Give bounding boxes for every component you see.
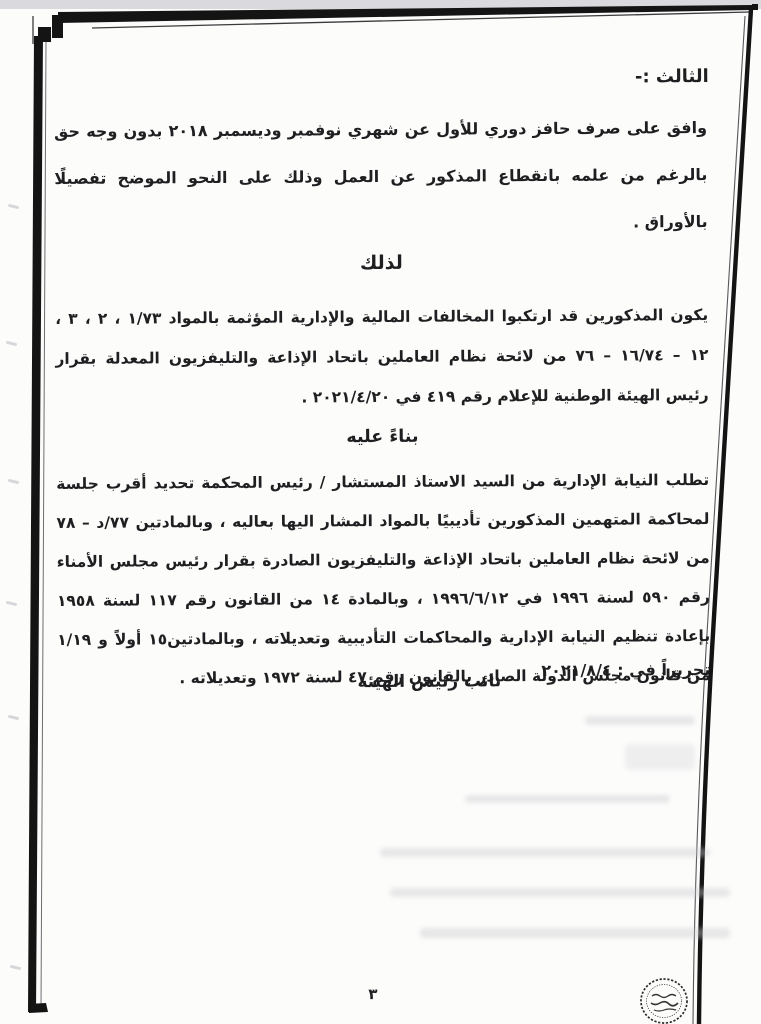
section-heading: الثالث :- <box>635 66 709 87</box>
page-number: ٣ <box>368 985 377 1003</box>
signature-row: تحريراً في : ٢٠٢١/٨/٤ نائب رئيس الهيئة <box>57 660 710 710</box>
signature-title: نائب رئيس الهيئة <box>357 671 501 692</box>
heading-therefore: لذلك <box>55 250 708 276</box>
document-body: الثالث :- وافق على صرف حافز دوري للأول ع… <box>0 0 761 1024</box>
date-line: تحريراً في : ٢٠٢١/٨/٤ <box>541 660 710 680</box>
official-stamp-icon <box>637 976 693 1024</box>
paragraph-charges: يكون المذكورين قد ارتكبوا المخالفات الما… <box>55 295 709 419</box>
paragraph-opening: وافق على صرف حافز دوري للأول عن شهري نوف… <box>54 104 708 249</box>
scanned-page: الثالث :- وافق على صرف حافز دوري للأول ع… <box>0 0 761 1024</box>
heading-accordingly: بناءً عليه <box>56 425 709 449</box>
